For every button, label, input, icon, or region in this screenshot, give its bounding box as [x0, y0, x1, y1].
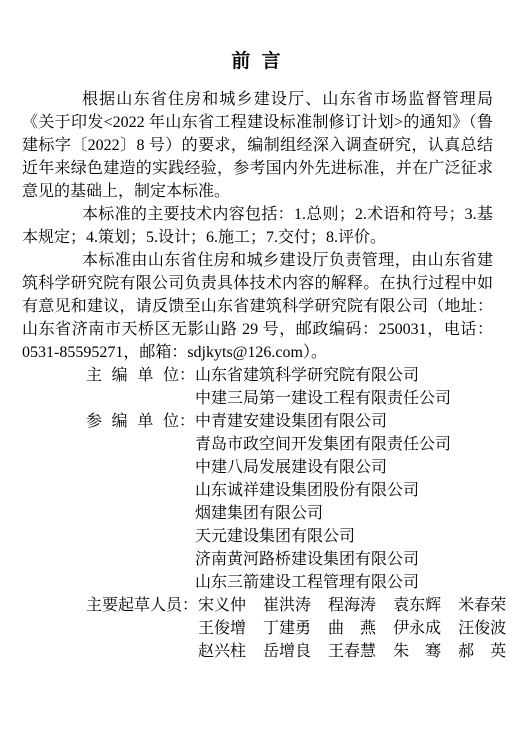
co-editors-companies: 中青建安建设集团有限公司 青岛市政空间开发集团有限责任公司 中建八局发展建设有限…	[195, 410, 493, 594]
company-name: 中青建安建设集团有限公司	[195, 410, 493, 433]
drafters-section: 主要起草人员： 宋义仲 崔洪涛 程海涛 袁东辉 米春荣 王俊增 丁建勇 曲 燕 …	[22, 594, 493, 663]
co-editors-label: 参编单位：	[86, 410, 195, 433]
chief-editor-label: 主编单位：	[86, 364, 195, 387]
drafter-name: 王俊增	[198, 617, 246, 640]
drafters-row: 赵兴柱 岳增良 王春慧 朱 骞 郝 英	[198, 640, 506, 663]
company-name: 中建三局第一建设工程有限责任公司	[195, 387, 493, 410]
label-colon: ：	[182, 597, 198, 614]
chief-editor-label-text: 主编单位	[86, 364, 179, 387]
label-colon: ：	[179, 367, 195, 384]
drafter-name: 郝 英	[458, 640, 506, 663]
paragraph-basis: 根据山东省住房和城乡建设厅、山东省市场监督管理局《关于印发<2022 年山东省工…	[22, 88, 493, 203]
drafter-name: 袁东辉	[393, 594, 441, 617]
drafter-name: 伊永成	[393, 617, 441, 640]
co-editors-label-text: 参编单位	[86, 410, 179, 433]
drafter-name: 米春荣	[458, 594, 506, 617]
company-name: 山东省建筑科学研究院有限公司	[195, 364, 493, 387]
drafters-label-text: 主要起草人员	[86, 594, 182, 617]
co-editors-section: 参编单位： 中青建安建设集团有限公司 青岛市政空间开发集团有限责任公司 中建八局…	[22, 410, 493, 594]
drafter-name: 汪俊波	[458, 617, 506, 640]
drafters-label: 主要起草人员：	[86, 594, 198, 617]
drafter-name: 王春慧	[328, 640, 376, 663]
company-name: 中建八局发展建设有限公司	[195, 456, 493, 479]
company-name: 青岛市政空间开发集团有限责任公司	[195, 433, 493, 456]
company-name: 烟建集团有限公司	[195, 502, 493, 525]
drafter-name: 丁建勇	[263, 617, 311, 640]
drafters-row: 王俊增 丁建勇 曲 燕 伊永成 汪俊波	[198, 617, 506, 640]
paragraph-contents: 本标准的主要技术内容包括：1.总则；2.术语和符号；3.基本规定；4.策划；5.…	[22, 203, 493, 249]
company-name: 天元建设集团有限公司	[195, 525, 493, 548]
drafters-row: 宋义仲 崔洪涛 程海涛 袁东辉 米春荣	[198, 594, 506, 617]
drafter-name: 程海涛	[328, 594, 376, 617]
company-name: 济南黄河路桥建设集团有限公司	[195, 548, 493, 571]
chief-editor-companies: 山东省建筑科学研究院有限公司 中建三局第一建设工程有限责任公司	[195, 364, 493, 410]
preface-title: 前 言	[22, 50, 493, 74]
drafter-name: 岳增良	[263, 640, 311, 663]
drafters-names: 宋义仲 崔洪涛 程海涛 袁东辉 米春荣 王俊增 丁建勇 曲 燕 伊永成 汪俊波 …	[198, 594, 506, 663]
drafter-name: 宋义仲	[198, 594, 246, 617]
chief-editor-section: 主编单位： 山东省建筑科学研究院有限公司 中建三局第一建设工程有限责任公司	[22, 364, 493, 410]
drafter-name: 曲 燕	[328, 617, 376, 640]
drafter-name: 朱 骞	[393, 640, 441, 663]
drafter-name: 崔洪涛	[263, 594, 311, 617]
document-page: 前 言 根据山东省住房和城乡建设厅、山东省市场监督管理局《关于印发<2022 年…	[0, 0, 515, 731]
company-name: 山东诚祥建设集团股份有限公司	[195, 479, 493, 502]
drafter-name: 赵兴柱	[198, 640, 246, 663]
company-name: 山东三箭建设工程管理有限公司	[195, 571, 493, 594]
label-colon: ：	[179, 413, 195, 430]
paragraph-management-contact: 本标准由山东省住房和城乡建设厅负责管理，由山东省建筑科学研究院有限公司负责具体技…	[22, 249, 493, 364]
